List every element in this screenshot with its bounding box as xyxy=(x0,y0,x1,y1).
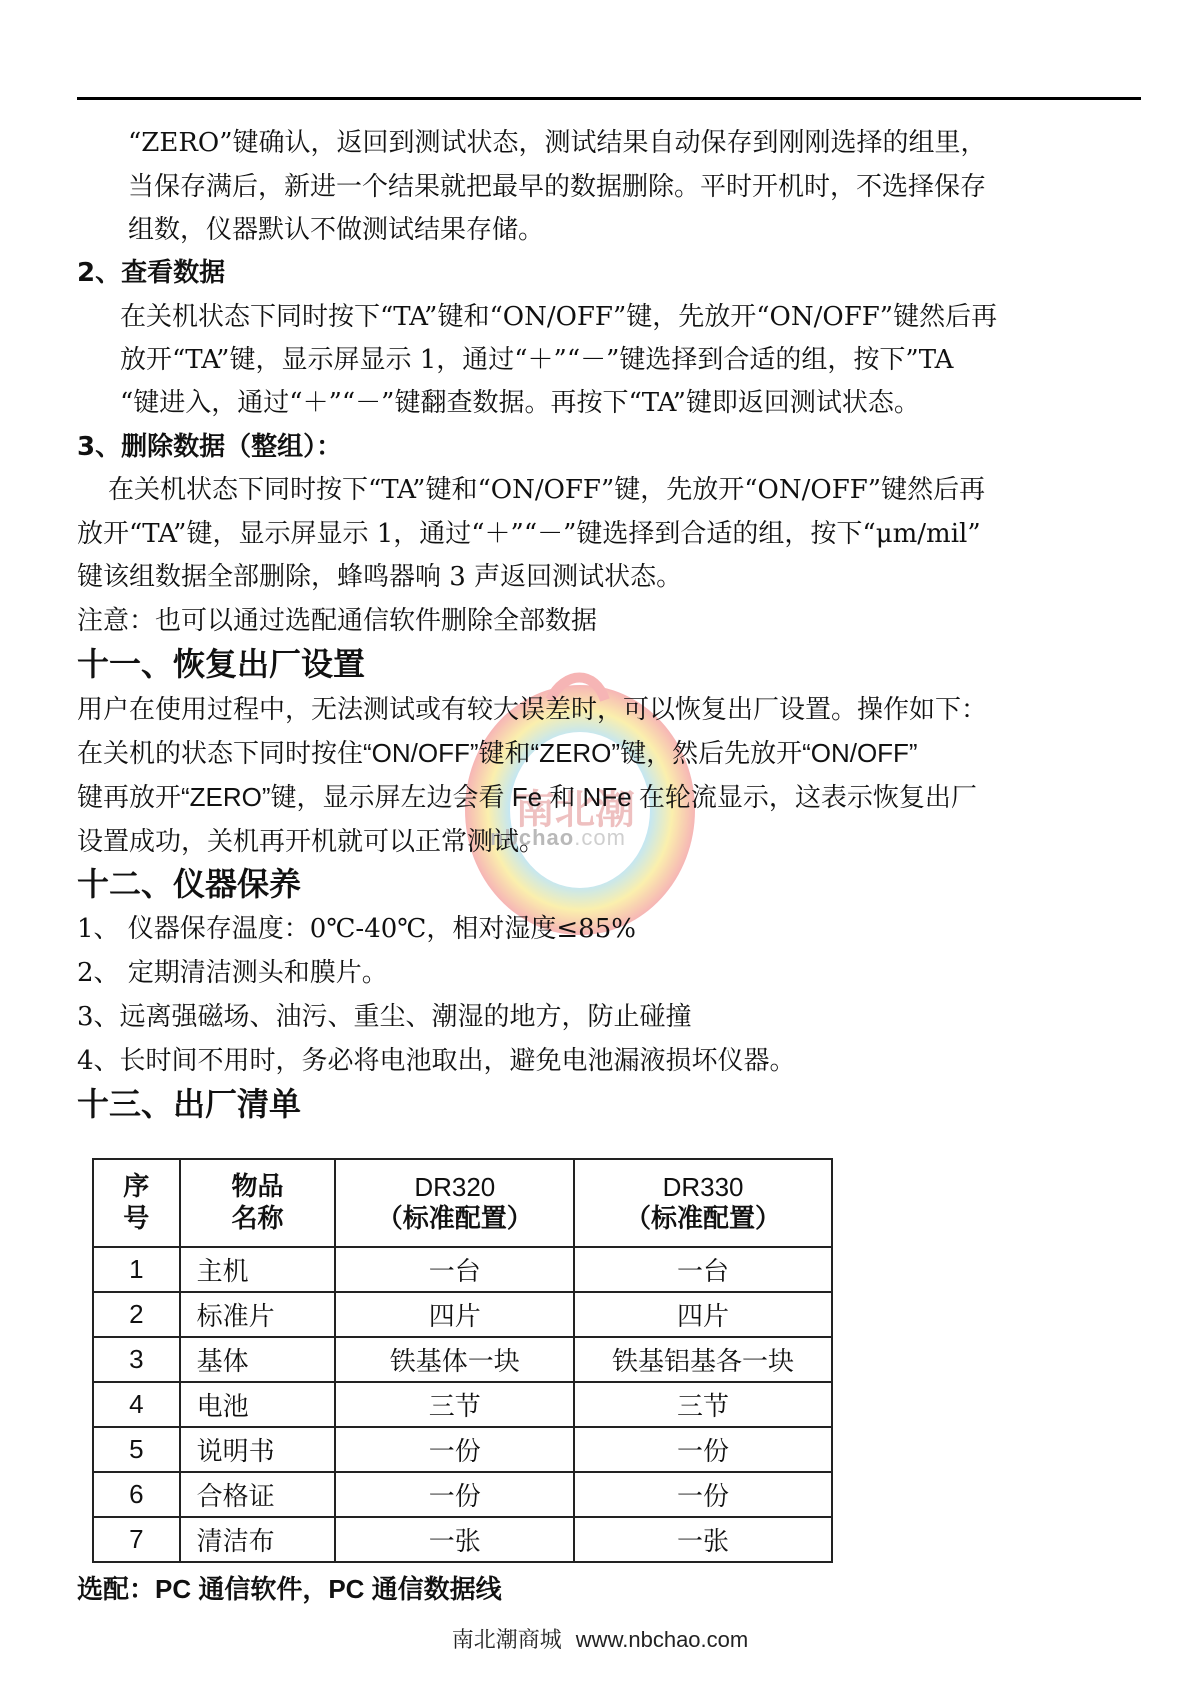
table-row: 4 电池 三节 三节 xyxy=(93,1382,832,1427)
header-item-name: 物品名称 xyxy=(180,1159,336,1247)
list-item: 1、 仪器保存温度：0℃-40℃，相对湿度≤85% xyxy=(77,914,636,944)
paragraph-line: 设置成功，关机再开机就可以正常测试。 xyxy=(77,826,545,856)
paragraph-line: 当保存满后，新进一个结果就把最早的数据删除。平时开机时，不选择保存 xyxy=(128,172,986,202)
paragraph-line: 键该组数据全部删除，蜂鸣器响 3 声返回测试状态。 xyxy=(77,562,682,592)
optional-accessories: 选配：PC 通信软件，PC 通信数据线 xyxy=(77,1574,502,1604)
cell-dr320: 四片 xyxy=(335,1292,574,1337)
header-dr320: DR320 （标准配置） xyxy=(335,1159,574,1247)
cell-name: 主机 xyxy=(180,1247,336,1292)
list-item: 4、长时间不用时，务必将电池取出，避免电池漏液损坏仪器。 xyxy=(77,1046,796,1076)
table-row: 1 主机 一台 一台 xyxy=(93,1247,832,1292)
cell-dr330: 四片 xyxy=(574,1292,832,1337)
cell-name: 标准片 xyxy=(180,1292,336,1337)
section-heading-factory-reset: 十一、恢复出厂设置 xyxy=(77,646,365,682)
cell-dr320: 三节 xyxy=(335,1382,574,1427)
cell-no: 4 xyxy=(93,1382,180,1427)
table-header-row: 序号 物品名称 DR320 （标准配置） DR330 （标准配置） xyxy=(93,1159,832,1247)
cell-dr320: 一张 xyxy=(335,1517,574,1562)
table-row: 7 清洁布 一张 一张 xyxy=(93,1517,832,1562)
cell-no: 3 xyxy=(93,1337,180,1382)
cell-dr330: 一台 xyxy=(574,1247,832,1292)
paragraph-line: 放开“TA”键，显示屏显示 1，通过“＋”“－”键选择到合适的组，按下“μm/m… xyxy=(77,519,981,549)
cell-name: 电池 xyxy=(180,1382,336,1427)
cell-dr320: 一份 xyxy=(335,1472,574,1517)
cell-dr320: 一份 xyxy=(335,1427,574,1472)
paragraph-line: “键进入，通过“＋”“－”键翻查数据。再按下“TA”键即返回测试状态。 xyxy=(120,388,920,418)
paragraph-line: 在关机状态下同时按下“TA”键和“ON/OFF”键，先放开“ON/OFF”键然后… xyxy=(120,302,997,332)
paragraph-line: 在关机状态下同时按下“TA”键和“ON/OFF”键，先放开“ON/OFF”键然后… xyxy=(108,475,985,505)
cell-no: 1 xyxy=(93,1247,180,1292)
paragraph-line: 用户在使用过程中，无法测试或有较大误差时，可以恢复出厂设置。操作如下： xyxy=(77,694,987,724)
list-item: 2、 定期清洁测头和膜片。 xyxy=(77,958,388,988)
cell-no: 5 xyxy=(93,1427,180,1472)
header-rule xyxy=(77,97,1141,100)
paragraph-line: 组数，仪器默认不做测试结果存储。 xyxy=(128,215,544,245)
cell-dr330: 三节 xyxy=(574,1382,832,1427)
footer-site-name: 南北潮商城 xyxy=(452,1628,562,1653)
table-row: 3 基体 铁基体一块 铁基铝基各一块 xyxy=(93,1337,832,1382)
section-heading-delete-data: 3、删除数据（整组）： xyxy=(77,432,342,462)
table-row: 2 标准片 四片 四片 xyxy=(93,1292,832,1337)
section-heading-packing-list: 十三、出厂清单 xyxy=(77,1086,301,1122)
paragraph-line: 键再放开“ZERO”键，显示屏左边会看 Fe 和 NFe 在轮流显示，这表示恢复… xyxy=(77,782,977,812)
paragraph-line: “ZERO”键确认，返回到测试状态，测试结果自动保存到刚刚选择的组里， xyxy=(128,128,987,158)
footer-url-link[interactable]: www.nbchao.com xyxy=(576,1627,748,1652)
cell-dr330: 铁基铝基各一块 xyxy=(574,1337,832,1382)
header-dr330: DR330 （标准配置） xyxy=(574,1159,832,1247)
cell-dr320: 铁基体一块 xyxy=(335,1337,574,1382)
cell-no: 6 xyxy=(93,1472,180,1517)
cell-dr320: 一台 xyxy=(335,1247,574,1292)
cell-name: 说明书 xyxy=(180,1427,336,1472)
cell-dr330: 一张 xyxy=(574,1517,832,1562)
cell-name: 基体 xyxy=(180,1337,336,1382)
paragraph-line: 放开“TA”键，显示屏显示 1，通过“＋”“－”键选择到合适的组，按下”TA xyxy=(120,345,953,375)
section-heading-view-data: 2、查看数据 xyxy=(77,258,225,288)
cell-name: 合格证 xyxy=(180,1472,336,1517)
cell-no: 7 xyxy=(93,1517,180,1562)
table-row: 5 说明书 一份 一份 xyxy=(93,1427,832,1472)
paragraph-line: 在关机的状态下同时按住“ON/OFF”键和“ZERO”键，然后先放开“ON/OF… xyxy=(77,738,918,768)
cell-dr330: 一份 xyxy=(574,1472,832,1517)
section-heading-maintenance: 十二、仪器保养 xyxy=(77,866,301,902)
list-item: 3、远离强磁场、油污、重尘、潮湿的地方，防止碰撞 xyxy=(77,1002,692,1032)
cell-no: 2 xyxy=(93,1292,180,1337)
header-no: 序号 xyxy=(93,1159,180,1247)
cell-name: 清洁布 xyxy=(180,1517,336,1562)
note-text: 注意：也可以通过选配通信软件删除全部数据 xyxy=(77,606,597,636)
page-footer: 南北潮商城 www.nbchao.com xyxy=(0,1627,1200,1654)
packing-list-table: 序号 物品名称 DR320 （标准配置） DR330 （标准配置） 1 主机 一… xyxy=(92,1158,833,1563)
table-row: 6 合格证 一份 一份 xyxy=(93,1472,832,1517)
cell-dr330: 一份 xyxy=(574,1427,832,1472)
